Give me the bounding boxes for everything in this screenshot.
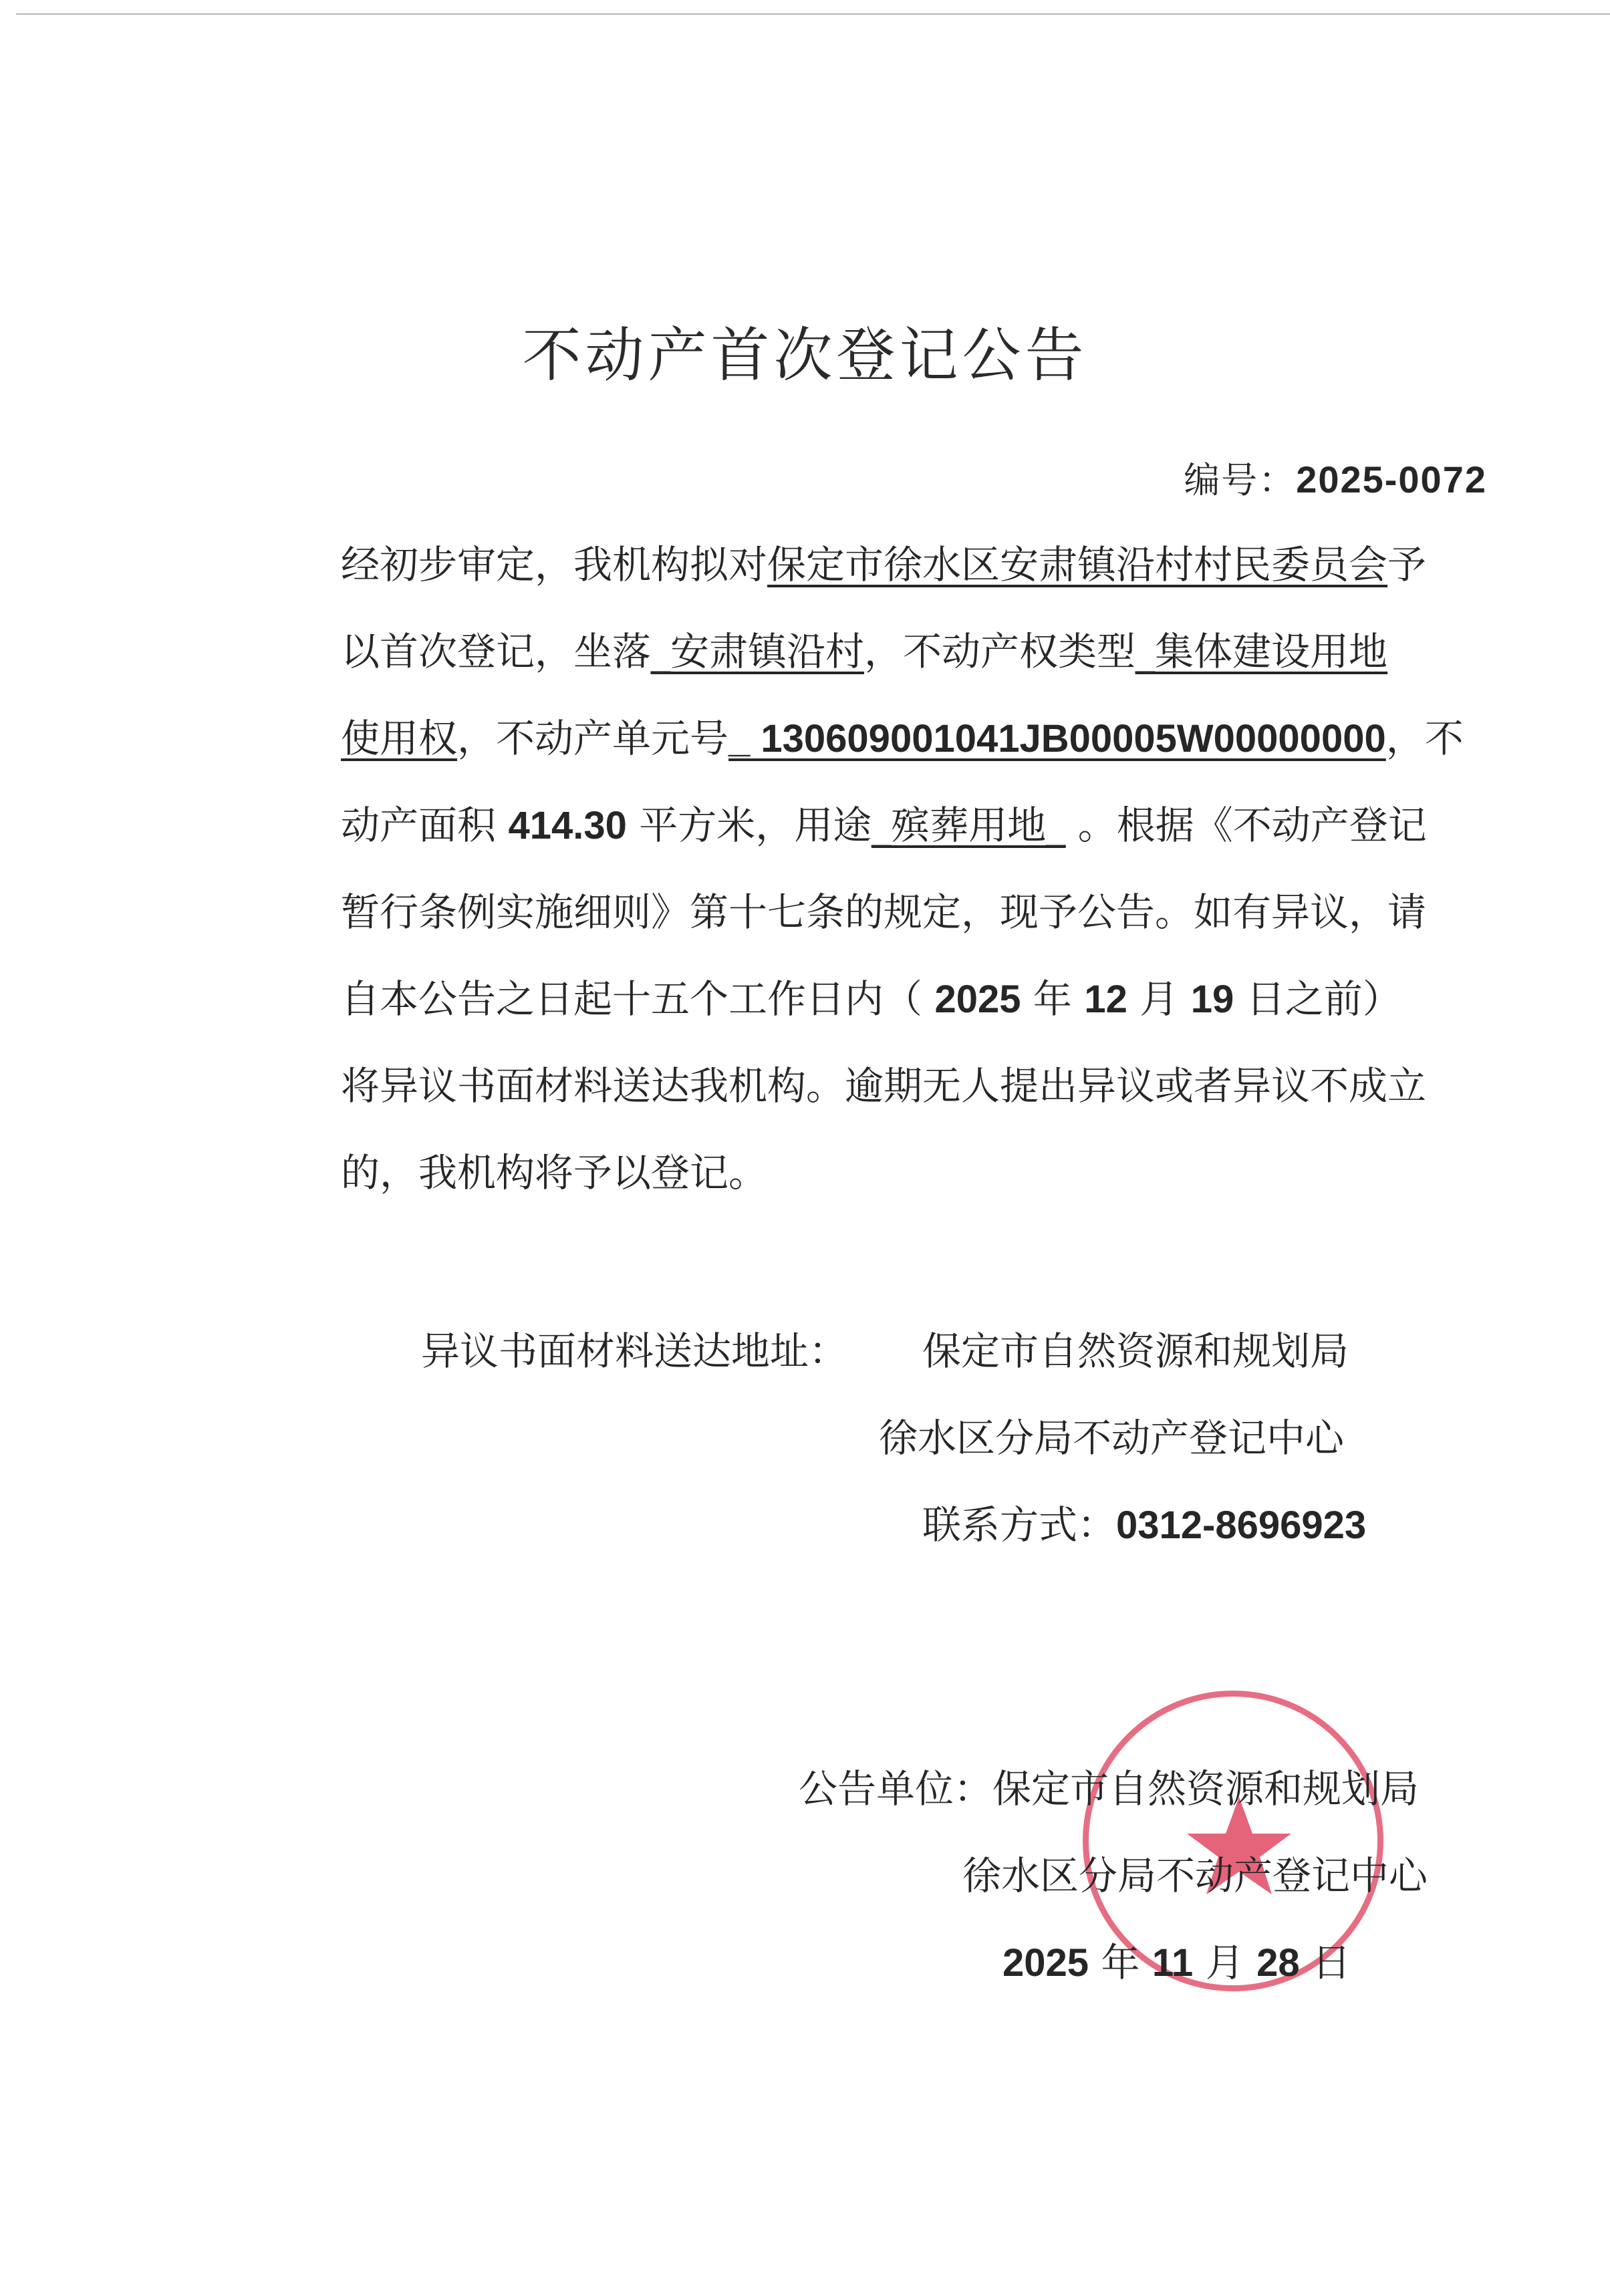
objection-address-line1: 保定市自然资源和规划局 <box>922 1320 1349 1376</box>
issuer-line1: 保定市自然资源和规划局 <box>992 1766 1419 1812</box>
text: 月 <box>1127 976 1191 1022</box>
objection-address-line2: 徐水区分局不动产登记中心 <box>879 1407 1344 1463</box>
text: 。根据《不动产登记 <box>1065 803 1426 848</box>
area-value: 414.30 <box>508 804 626 847</box>
page-title: 不动产首次登记公告 <box>0 309 1610 393</box>
date-day: 28 <box>1256 1941 1300 1985</box>
body-line-6: 自本公告之日起十五个工作日内（ 2025 年 12 月 19 日之前） <box>341 956 1490 1042</box>
text: 平方米，用途 <box>627 803 871 848</box>
announcement-body: 经初步审定，我机构拟对保定市徐水区安肃镇沿村村民委员会予 以首次登记，坐落_安肃… <box>341 521 1490 1216</box>
issue-date: 2025 年 11 月 28 日 <box>1002 1931 1351 1987</box>
body-line-8: 的，我机构将予以登记。 <box>341 1129 1490 1216</box>
right-type: _集体建设用地 <box>1135 629 1387 674</box>
issuer-label: 公告单位： <box>799 1766 992 1812</box>
date-month: 11 <box>1152 1941 1193 1985</box>
text: 经初步审定，我机构拟对 <box>341 542 767 587</box>
deadline-year: 2025 <box>934 978 1021 1021</box>
contact-label: 联系方式： <box>922 1502 1116 1548</box>
body-line-7: 将异议书面材料送达我机构。逾期无人提出异议或者异议不成立 <box>341 1042 1490 1129</box>
objection-address-label: 异议书面材料送达地址： <box>421 1320 847 1376</box>
contact-phone: 0312-8696923 <box>1116 1503 1366 1547</box>
text: 日之前） <box>1234 976 1401 1022</box>
text: 自本公告之日起十五个工作日内（ <box>341 976 934 1022</box>
applicant-name: 保定市徐水区安肃镇沿村村民委员会 <box>767 542 1387 587</box>
text: 以首次登记，坐落 <box>341 629 651 674</box>
issuer: 公告单位：保定市自然资源和规划局 <box>799 1757 1419 1814</box>
deadline-day: 19 <box>1191 978 1234 1021</box>
unit-number: _ 130609001041JB00005W00000000 <box>728 717 1386 760</box>
location: _安肃镇沿村 <box>651 629 864 674</box>
scan-edge-line <box>16 13 1610 15</box>
right-type-cont: 使用权 <box>341 716 457 761</box>
text: 年 <box>1021 976 1084 1022</box>
text: ，不动产单元号 <box>457 716 728 761</box>
deadline-month: 12 <box>1084 978 1127 1021</box>
document-number-label: 编号： <box>1184 459 1296 501</box>
body-line-4: 动产面积 414.30 平方米，用途_殡葬用地_ 。根据《不动产登记 <box>341 782 1490 869</box>
text: 年 <box>1101 1940 1139 1985</box>
body-line-3: 使用权，不动产单元号_ 130609001041JB00005W00000000… <box>341 695 1490 782</box>
date-year: 2025 <box>1002 1941 1089 1985</box>
issuer-line2: 徐水区分局不动产登记中心 <box>962 1844 1428 1900</box>
text: 日 <box>1312 1940 1351 1985</box>
body-line-2: 以首次登记，坐落_安肃镇沿村，不动产权类型_集体建设用地 <box>341 608 1490 695</box>
land-use: _殡葬用地_ <box>871 803 1065 848</box>
contact-info: 联系方式：0312-8696923 <box>922 1493 1366 1550</box>
body-line-1: 经初步审定，我机构拟对保定市徐水区安肃镇沿村村民委员会予 <box>341 521 1490 608</box>
document-number-value: 2025-0072 <box>1296 458 1487 500</box>
text: 动产面积 <box>341 803 508 848</box>
text: 予 <box>1387 542 1426 587</box>
text: ，不动产权类型 <box>864 629 1135 674</box>
document-number: 编号：2025-0072 <box>1184 452 1487 503</box>
text: ，不 <box>1386 716 1464 761</box>
text: 月 <box>1206 1940 1244 1985</box>
body-line-5: 暂行条例实施细则》第十七条的规定，现予公告。如有异议，请 <box>341 869 1490 956</box>
